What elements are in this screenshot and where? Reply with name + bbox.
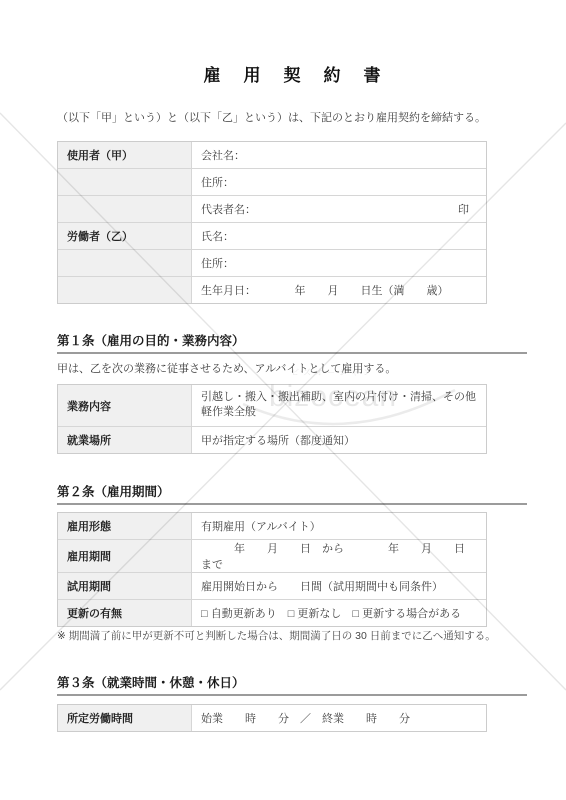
document-title: 雇用契約書 <box>57 66 527 86</box>
parties-table: 使用者（甲） 会社名： 住所： 代表者名： 印 労働者（乙） 氏名： 住所： <box>57 141 487 304</box>
article1-intro-text: 甲は、乙を次の業務に従事させるため、アルバイトとして雇用する。 <box>57 362 527 376</box>
article2-note-text: ※ 期間満了前に甲が更新不可と判断した場合は、期間満了日の 30 日前までに乙へ… <box>57 630 527 643</box>
document-page: ビズオーシャン bizocean 雇用契約書 （以下「甲」という）と（以下「乙」… <box>0 0 566 800</box>
article1-table: 業務内容 引越し・搬入・搬出補助、室内の片付け・清掃、その他軽作業全般 就業場所… <box>57 384 487 454</box>
field-value-cell: 会社名： <box>192 142 486 168</box>
field-value-cell: 始業 時 分 ／ 終業 時 分 <box>192 705 486 731</box>
table-row: 代表者名： 印 <box>58 195 486 222</box>
field-label-cell <box>58 196 192 222</box>
field-label-cell: 雇用期間 <box>58 540 192 572</box>
contract-intro-text: （以下「甲」という）と（以下「乙」という）は、下記のとおり雇用契約を締結する。 <box>57 112 527 125</box>
table-row: 雇用形態 有期雇用（アルバイト） <box>58 513 486 539</box>
section-heading-article1: 第１条（雇用の目的・業務内容） <box>57 334 527 354</box>
field-value-cell: 氏名： <box>192 223 486 249</box>
field-label-cell: 使用者（甲） <box>58 142 192 168</box>
section-heading-article3: 第３条（就業時間・休憩・休日） <box>57 676 527 696</box>
field-value-cell: 住所： <box>192 250 486 276</box>
field-label-cell: 雇用形態 <box>58 513 192 539</box>
table-row: 生年月日： 年 月 日生（満 歳） <box>58 276 486 303</box>
field-label-cell: 労働者（乙） <box>58 223 192 249</box>
table-row: 更新の有無 □ 自動更新あり □ 更新なし □ 更新する場合がある <box>58 599 486 626</box>
field-value-cell: 雇用開始日から 日間（試用期間中も同条件） <box>192 573 486 599</box>
section-heading-article2: 第２条（雇用期間） <box>57 485 527 505</box>
article2-table: 雇用形態 有期雇用（アルバイト） 雇用期間 年 月 日 から 年 月 日 まで … <box>57 512 487 627</box>
field-value-cell: 代表者名： 印 <box>192 196 486 222</box>
table-row: 住所： <box>58 168 486 195</box>
seal-placeholder: 印 <box>458 201 469 217</box>
field-value-cell: 年 月 日 から 年 月 日 まで <box>192 540 486 572</box>
field-value-cell: 住所： <box>192 169 486 195</box>
field-label-cell <box>58 169 192 195</box>
document-content: 雇用契約書 （以下「甲」という）と（以下「乙」という）は、下記のとおり雇用契約を… <box>57 0 527 732</box>
field-value-cell: 生年月日： 年 月 日生（満 歳） <box>192 277 486 303</box>
field-label-cell: 就業場所 <box>58 427 192 453</box>
table-row: 住所： <box>58 249 486 276</box>
table-row: 所定労働時間 始業 時 分 ／ 終業 時 分 <box>58 705 486 731</box>
renewal-checkbox-options: □ 自動更新あり □ 更新なし □ 更新する場合がある <box>192 600 486 626</box>
field-value-cell: 引越し・搬入・搬出補助、室内の片付け・清掃、その他軽作業全般 <box>192 385 486 426</box>
field-label-cell: 更新の有無 <box>58 600 192 626</box>
field-label-cell <box>58 277 192 303</box>
table-row: 使用者（甲） 会社名： <box>58 142 486 168</box>
article3-table: 所定労働時間 始業 時 分 ／ 終業 時 分 <box>57 704 487 732</box>
field-value-text: 代表者名： <box>201 201 256 217</box>
table-row: 試用期間 雇用開始日から 日間（試用期間中も同条件） <box>58 572 486 599</box>
field-value-cell: 甲が指定する場所（都度通知） <box>192 427 486 453</box>
field-label-cell <box>58 250 192 276</box>
field-label-cell: 試用期間 <box>58 573 192 599</box>
field-label-cell: 所定労働時間 <box>58 705 192 731</box>
table-row: 就業場所 甲が指定する場所（都度通知） <box>58 426 486 453</box>
table-row: 雇用期間 年 月 日 から 年 月 日 まで <box>58 539 486 572</box>
table-row: 労働者（乙） 氏名： <box>58 222 486 249</box>
field-value-cell: 有期雇用（アルバイト） <box>192 513 486 539</box>
field-label-cell: 業務内容 <box>58 385 192 426</box>
table-row: 業務内容 引越し・搬入・搬出補助、室内の片付け・清掃、その他軽作業全般 <box>58 385 486 426</box>
